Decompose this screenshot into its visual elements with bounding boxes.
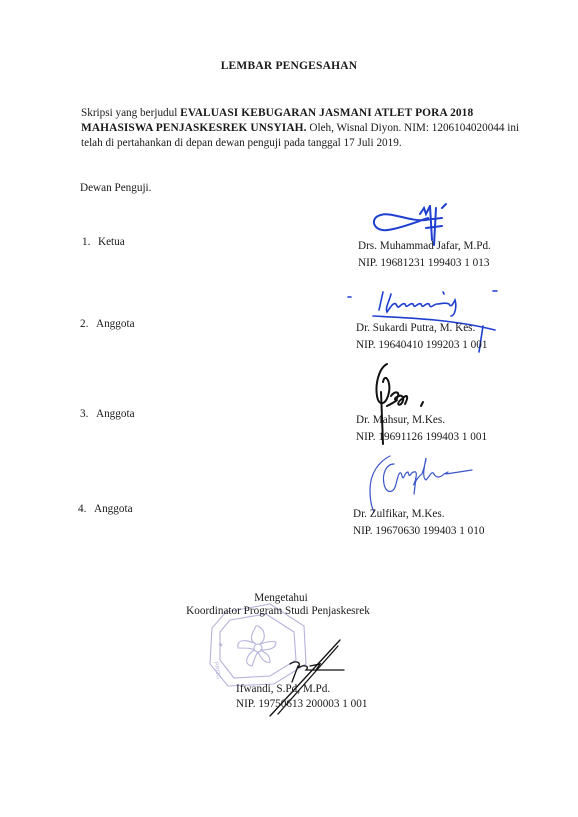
approver-block: Ifwandi, S.Pd, M.Pd. NIP. 19750613 20000…	[236, 682, 367, 712]
board-label: Dewan Penguji.	[80, 182, 151, 194]
examiner-name: Dr. Mahsur, M.Kes.	[356, 412, 487, 429]
examiner-role: Ketua	[98, 236, 125, 248]
examiner-4-role: 4.Anggota	[78, 503, 133, 515]
approver-name: Ifwandi, S.Pd, M.Pd.	[236, 682, 367, 697]
document-title: LEMBAR PENGESAHAN	[0, 60, 578, 72]
examiner-number: 1.	[82, 236, 98, 248]
examiner-3-block: Dr. Mahsur, M.Kes. NIP. 19691126 199403 …	[356, 412, 487, 446]
svg-text:★: ★	[217, 641, 225, 648]
examiner-role: Anggota	[94, 503, 133, 515]
examiner-1-block: Drs. Muhammad Jafar, M.Pd. NIP. 19681231…	[358, 238, 491, 272]
examiner-number: 4.	[78, 503, 94, 515]
svg-text:PROG: PROG	[212, 661, 221, 680]
examiner-number: 3.	[80, 408, 96, 420]
examiner-2-block: Dr. Sukardi Putra, M. Kes. NIP. 19640410…	[356, 320, 487, 354]
examiner-nip: NIP. 19691126 199403 1 001	[356, 429, 487, 446]
approver-nip: NIP. 19750613 200003 1 001	[236, 697, 367, 712]
examiner-role: Anggota	[96, 318, 135, 330]
intro-prefix: Skripsi yang berjudul	[81, 107, 180, 119]
examiner-nip: NIP. 19640410 199203 1 001	[356, 337, 487, 354]
examiner-name: Dr. Sukardi Putra, M. Kes.	[356, 320, 487, 337]
signature-anggota-4-icon	[360, 454, 480, 514]
examiner-number: 2.	[80, 318, 96, 330]
examiner-name: Dr. Zulfikar, M.Kes.	[353, 506, 484, 523]
approval-position: Koordinator Program Studi Penjaskesrek	[0, 604, 567, 619]
examiner-nip: NIP. 19681231 199403 1 013	[358, 255, 491, 272]
examiner-role: Anggota	[96, 408, 135, 420]
intro-paragraph: Skripsi yang berjudul EVALUASI KEBUGARAN…	[81, 106, 521, 151]
examiner-1-role: 1.Ketua	[82, 236, 125, 248]
examiner-name: Drs. Muhammad Jafar, M.Pd.	[358, 238, 491, 255]
examiner-4-block: Dr. Zulfikar, M.Kes. NIP. 19670630 19940…	[353, 506, 484, 540]
examiner-2-role: 2.Anggota	[80, 318, 135, 330]
examiner-nip: NIP. 19670630 199403 1 010	[353, 523, 484, 540]
examiner-3-role: 3.Anggota	[80, 408, 135, 420]
